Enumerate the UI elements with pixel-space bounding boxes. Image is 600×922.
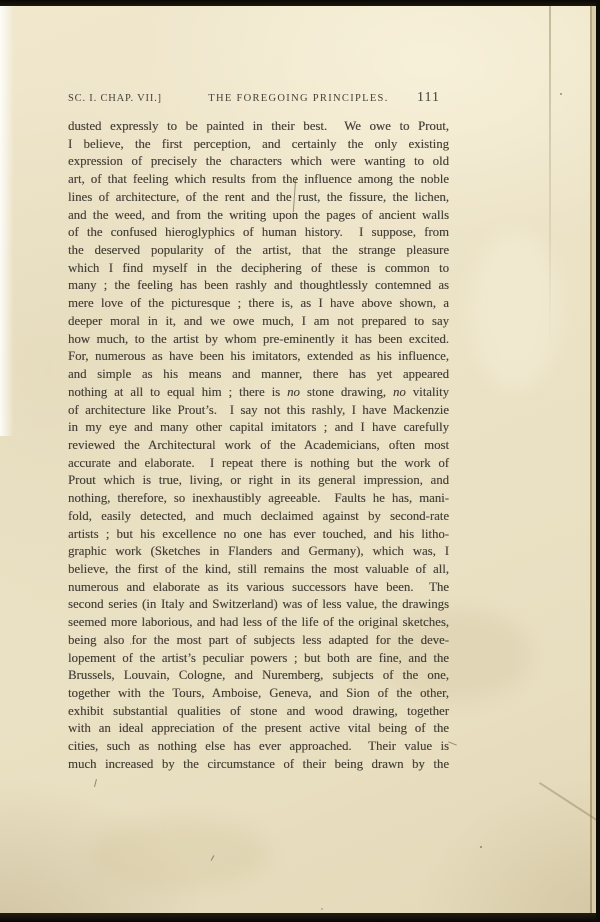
text-line: I believe, the first perception, and cer… [68,136,449,154]
text-line: numerous and elaborate as its various su… [68,579,449,597]
text-line: nothing, therefore, so inexhaustibly agr… [68,490,449,508]
text-line: lopement of the artist’s peculiar powers… [68,650,449,668]
text-line: and the weed, and from the writing upon … [68,207,449,225]
text-line: exhibit substantial qualities of stone a… [68,703,449,721]
text-line: Prout which is true, living, or right in… [68,472,449,490]
paper-speck [480,846,482,848]
page-crease-line [549,6,551,346]
text-line: graphic work (Sketches in Flanders and G… [68,543,449,561]
text-line: expression of precisely the characters w… [68,153,449,171]
text-line: nothing at all to equal him ; there is n… [68,384,449,402]
text-line: art, of that feeling which results from … [68,171,449,189]
page-body-text: dusted expressly to be painted in their … [68,118,449,774]
text-line: seemed more laborious, and had less of t… [68,614,449,632]
text-line: the deserved popularity of the artist, t… [68,242,449,260]
text-line: lines of architecture, of the rent and t… [68,189,449,207]
scan-edge-top [0,0,600,6]
text-line: of the confused hieroglyphics of human h… [68,224,449,242]
scan-edge-right [596,0,600,922]
paper-speck [560,93,562,95]
text-line: second series (in Italy and Switzerland)… [68,596,449,614]
paper-speck [321,908,323,910]
text-line: together with the Tours, Amboise, Geneva… [68,685,449,703]
text-line: with an ideal appreciation of the presen… [68,720,449,738]
text-line: fold, easily detected, and much declaime… [68,508,449,526]
text-line: mere love of the picturesque ; there is,… [68,295,449,313]
text-line: which I find myself in the deciphering o… [68,260,449,278]
text-line: Brussels, Louvain, Cologne, and Nurember… [68,667,449,685]
text-line: For, numerous as have been his imitators… [68,348,449,366]
text-line: cities, such as nothing else has ever ap… [68,738,449,756]
text-line: believe, the first of the kind, still re… [68,561,449,579]
text-line: and simple as his means and manner, ther… [68,366,449,384]
chapter-reference: SC. I. CHAP. VII.] [68,93,162,104]
scan-edge-bottom [0,913,600,922]
text-line: being also for the most part of subjects… [68,632,449,650]
page-edge-line [590,6,592,913]
text-line: deeper moral in it, and we owe much, I a… [68,313,449,331]
page-left-edge-highlight [0,6,14,436]
scanned-book-page: SC. I. CHAP. VII.] THE FOREGOING PRINCIP… [0,0,600,922]
text-line: in my eye and many other capital imitato… [68,419,449,437]
text-line: dusted expressly to be painted in their … [68,118,449,136]
text-line: artists ; but his excellence no one has … [68,526,449,544]
text-line: accurate and elaborate. I repeat there i… [68,455,449,473]
text-line: reviewed the Architectural work of the A… [68,437,449,455]
running-header: SC. I. CHAP. VII.] THE FOREGOING PRINCIP… [68,90,440,106]
text-line: much increased by the circumstance of th… [68,756,449,774]
text-line: of architecture like Prout’s. I say not … [68,402,449,420]
text-line: many ; the feeling has been rashly and t… [68,277,449,295]
running-title: THE FOREGOING PRINCIPLES. [171,93,426,104]
text-line: how much, to the artist by whom pre-emin… [68,331,449,349]
